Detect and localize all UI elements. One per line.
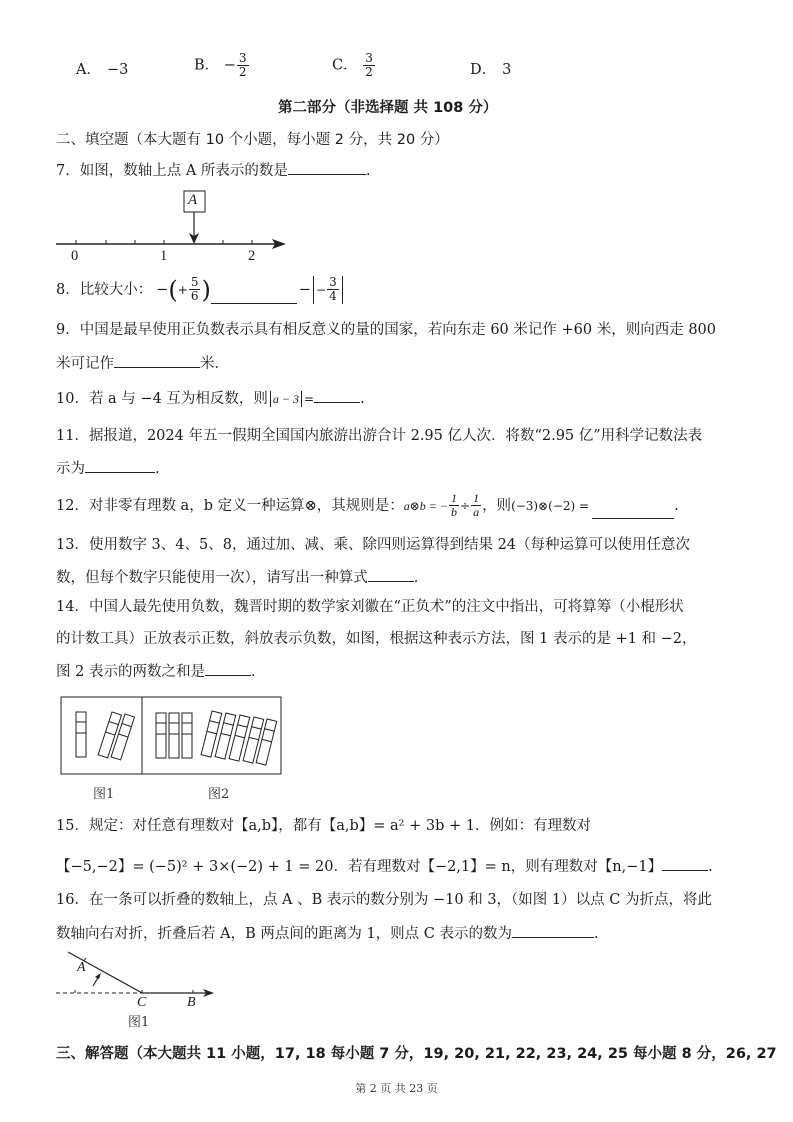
- figure-caption: 图1: [128, 1011, 149, 1030]
- point-b-label: B: [187, 995, 196, 1011]
- folded-number-line-figure: [0, 0, 793, 1040]
- point-a-label: A: [77, 960, 86, 976]
- page-footer: 第 2 页 共 23 页: [0, 1080, 793, 1096]
- point-c-label: C: [137, 995, 146, 1011]
- section3-header: 三、解答题（本大题共 11 小题，17, 18 每小题 7 分，19, 20, …: [56, 1042, 777, 1063]
